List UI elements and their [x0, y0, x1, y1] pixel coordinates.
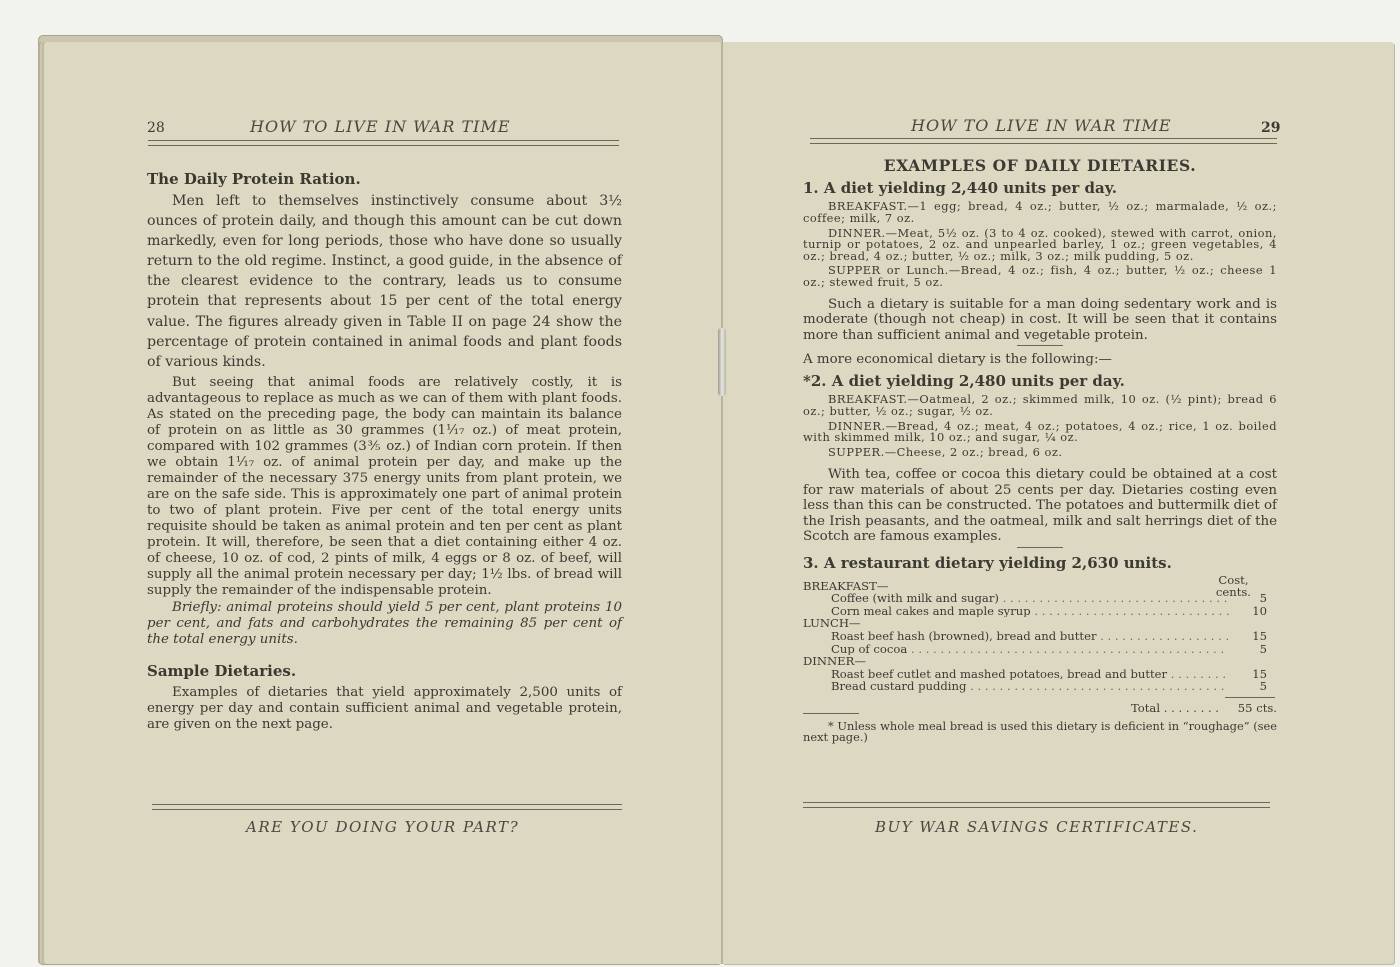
- footer-rule-right: [803, 802, 1270, 808]
- footer-left: ARE YOU DOING YOUR PART?: [246, 818, 519, 836]
- menu-row: Roast beef cutlet and mashed potatoes, b…: [803, 668, 1277, 681]
- cost-header-line1: Cost,: [1216, 574, 1251, 586]
- paragraph-animal-vs-plant: But seeing that animal foods are relativ…: [147, 375, 622, 599]
- left-content: The Daily Protein Ration. Men left to th…: [147, 170, 622, 733]
- restaurant-dietary-table: Cost, cents. BREAKFAST— Coffee (with mil…: [803, 574, 1277, 714]
- cost-column-header: Cost, cents.: [1216, 574, 1251, 598]
- diet2-supper: SUPPER.—Cheese, 2 oz.; bread, 6 oz.: [803, 447, 1277, 459]
- meal-breakfast: BREAKFAST—: [803, 580, 1277, 593]
- paragraph-summary: Briefly: animal proteins should yield 5 …: [147, 600, 622, 648]
- menu-item-cost: 5: [1229, 680, 1277, 693]
- header-rule-right: [810, 138, 1277, 144]
- diet1-breakfast: BREAKFAST.—1 egg; bread, 4 oz.; butter, …: [803, 201, 1277, 225]
- total-row: Total . . . . . . . . 55 cts.: [803, 702, 1277, 715]
- page-title-examples: EXAMPLES OF DAILY DIETARIES.: [803, 156, 1277, 175]
- menu-item-cost: 10: [1229, 605, 1277, 618]
- diet1-heading: 1. A diet yielding 2,440 units per day.: [803, 179, 1277, 197]
- menu-item-label: Cup of cocoa: [803, 643, 1229, 656]
- menu-item-label: Roast beef cutlet and mashed potatoes, b…: [803, 668, 1229, 681]
- menu-row: Roast beef hash (browned), bread and but…: [803, 630, 1277, 643]
- diet1-supper: SUPPER or Lunch.—Bread, 4 oz.; fish, 4 o…: [803, 265, 1277, 289]
- footer-right: BUY WAR SAVINGS CERTIFICATES.: [875, 818, 1198, 836]
- running-head-right: HOW TO LIVE IN WAR TIME: [911, 116, 1172, 135]
- diet2-heading: *2. A diet yielding 2,480 units per day.: [803, 372, 1277, 390]
- transition-text: A more economical dietary is the followi…: [803, 352, 1277, 368]
- total-value: 55 cts.: [1219, 702, 1277, 715]
- menu-item-label: Coffee (with milk and sugar): [803, 592, 1229, 605]
- diet3-heading: 3. A restaurant dietary yielding 2,630 u…: [803, 554, 1277, 572]
- page-number-right: 29: [1261, 120, 1280, 136]
- header-rule-left: [148, 140, 619, 146]
- menu-item-cost: 15: [1229, 630, 1277, 643]
- separator-rule: [1017, 345, 1063, 346]
- running-head-left: HOW TO LIVE IN WAR TIME: [250, 117, 511, 136]
- staple: [718, 328, 726, 396]
- diet2-breakfast: BREAKFAST.—Oatmeal, 2 oz.; skimmed milk,…: [803, 394, 1277, 418]
- page-number-left: 28: [147, 120, 165, 136]
- heading-sample-dietaries: Sample Dietaries.: [147, 662, 622, 680]
- menu-item-label: Corn meal cakes and maple syrup: [803, 605, 1229, 618]
- menu-item-cost: 5: [1229, 643, 1277, 656]
- menu-item-label: Roast beef hash (browned), bread and but…: [803, 630, 1229, 643]
- menu-item-label: Bread custard pudding: [803, 680, 1229, 693]
- diet1-dinner: DINNER.—Meat, 5½ oz. (3 to 4 oz. cooked)…: [803, 228, 1277, 263]
- footnote: * Unless whole meal bread is used this d…: [803, 721, 1277, 745]
- footnote-rule: [803, 713, 859, 714]
- total-rule: [1225, 697, 1275, 698]
- menu-row: Corn meal cakes and maple syrup10: [803, 605, 1277, 618]
- diet1-comment: Such a dietary is suitable for a man doi…: [803, 297, 1277, 344]
- paragraph-sample-dietaries: Examples of dietaries that yield approxi…: [147, 685, 622, 733]
- right-content: EXAMPLES OF DAILY DIETARIES. 1. A diet y…: [803, 156, 1277, 744]
- cost-header-line2: cents.: [1216, 586, 1251, 598]
- meal-lunch: LUNCH—: [803, 617, 1277, 630]
- menu-row: Coffee (with milk and sugar)5: [803, 592, 1277, 605]
- gutter: [721, 42, 723, 964]
- paragraph-protein-intake: Men left to themselves instinctively con…: [147, 191, 622, 372]
- meal-dinner: DINNER—: [803, 655, 1277, 668]
- footer-rule-left: [152, 804, 622, 810]
- menu-row: Cup of cocoa5: [803, 643, 1277, 656]
- diet2-dinner: DINNER.—Bread, 4 oz.; meat, 4 oz.; potat…: [803, 421, 1277, 445]
- menu-item-cost: 15: [1229, 668, 1277, 681]
- menu-row: Bread custard pudding5: [803, 680, 1277, 693]
- separator-rule: [1017, 547, 1063, 548]
- heading-daily-protein-ration: The Daily Protein Ration.: [147, 170, 622, 188]
- total-label: Total . . . . . . . .: [1131, 702, 1219, 715]
- diet2-comment: With tea, coffee or cocoa this dietary c…: [803, 467, 1277, 545]
